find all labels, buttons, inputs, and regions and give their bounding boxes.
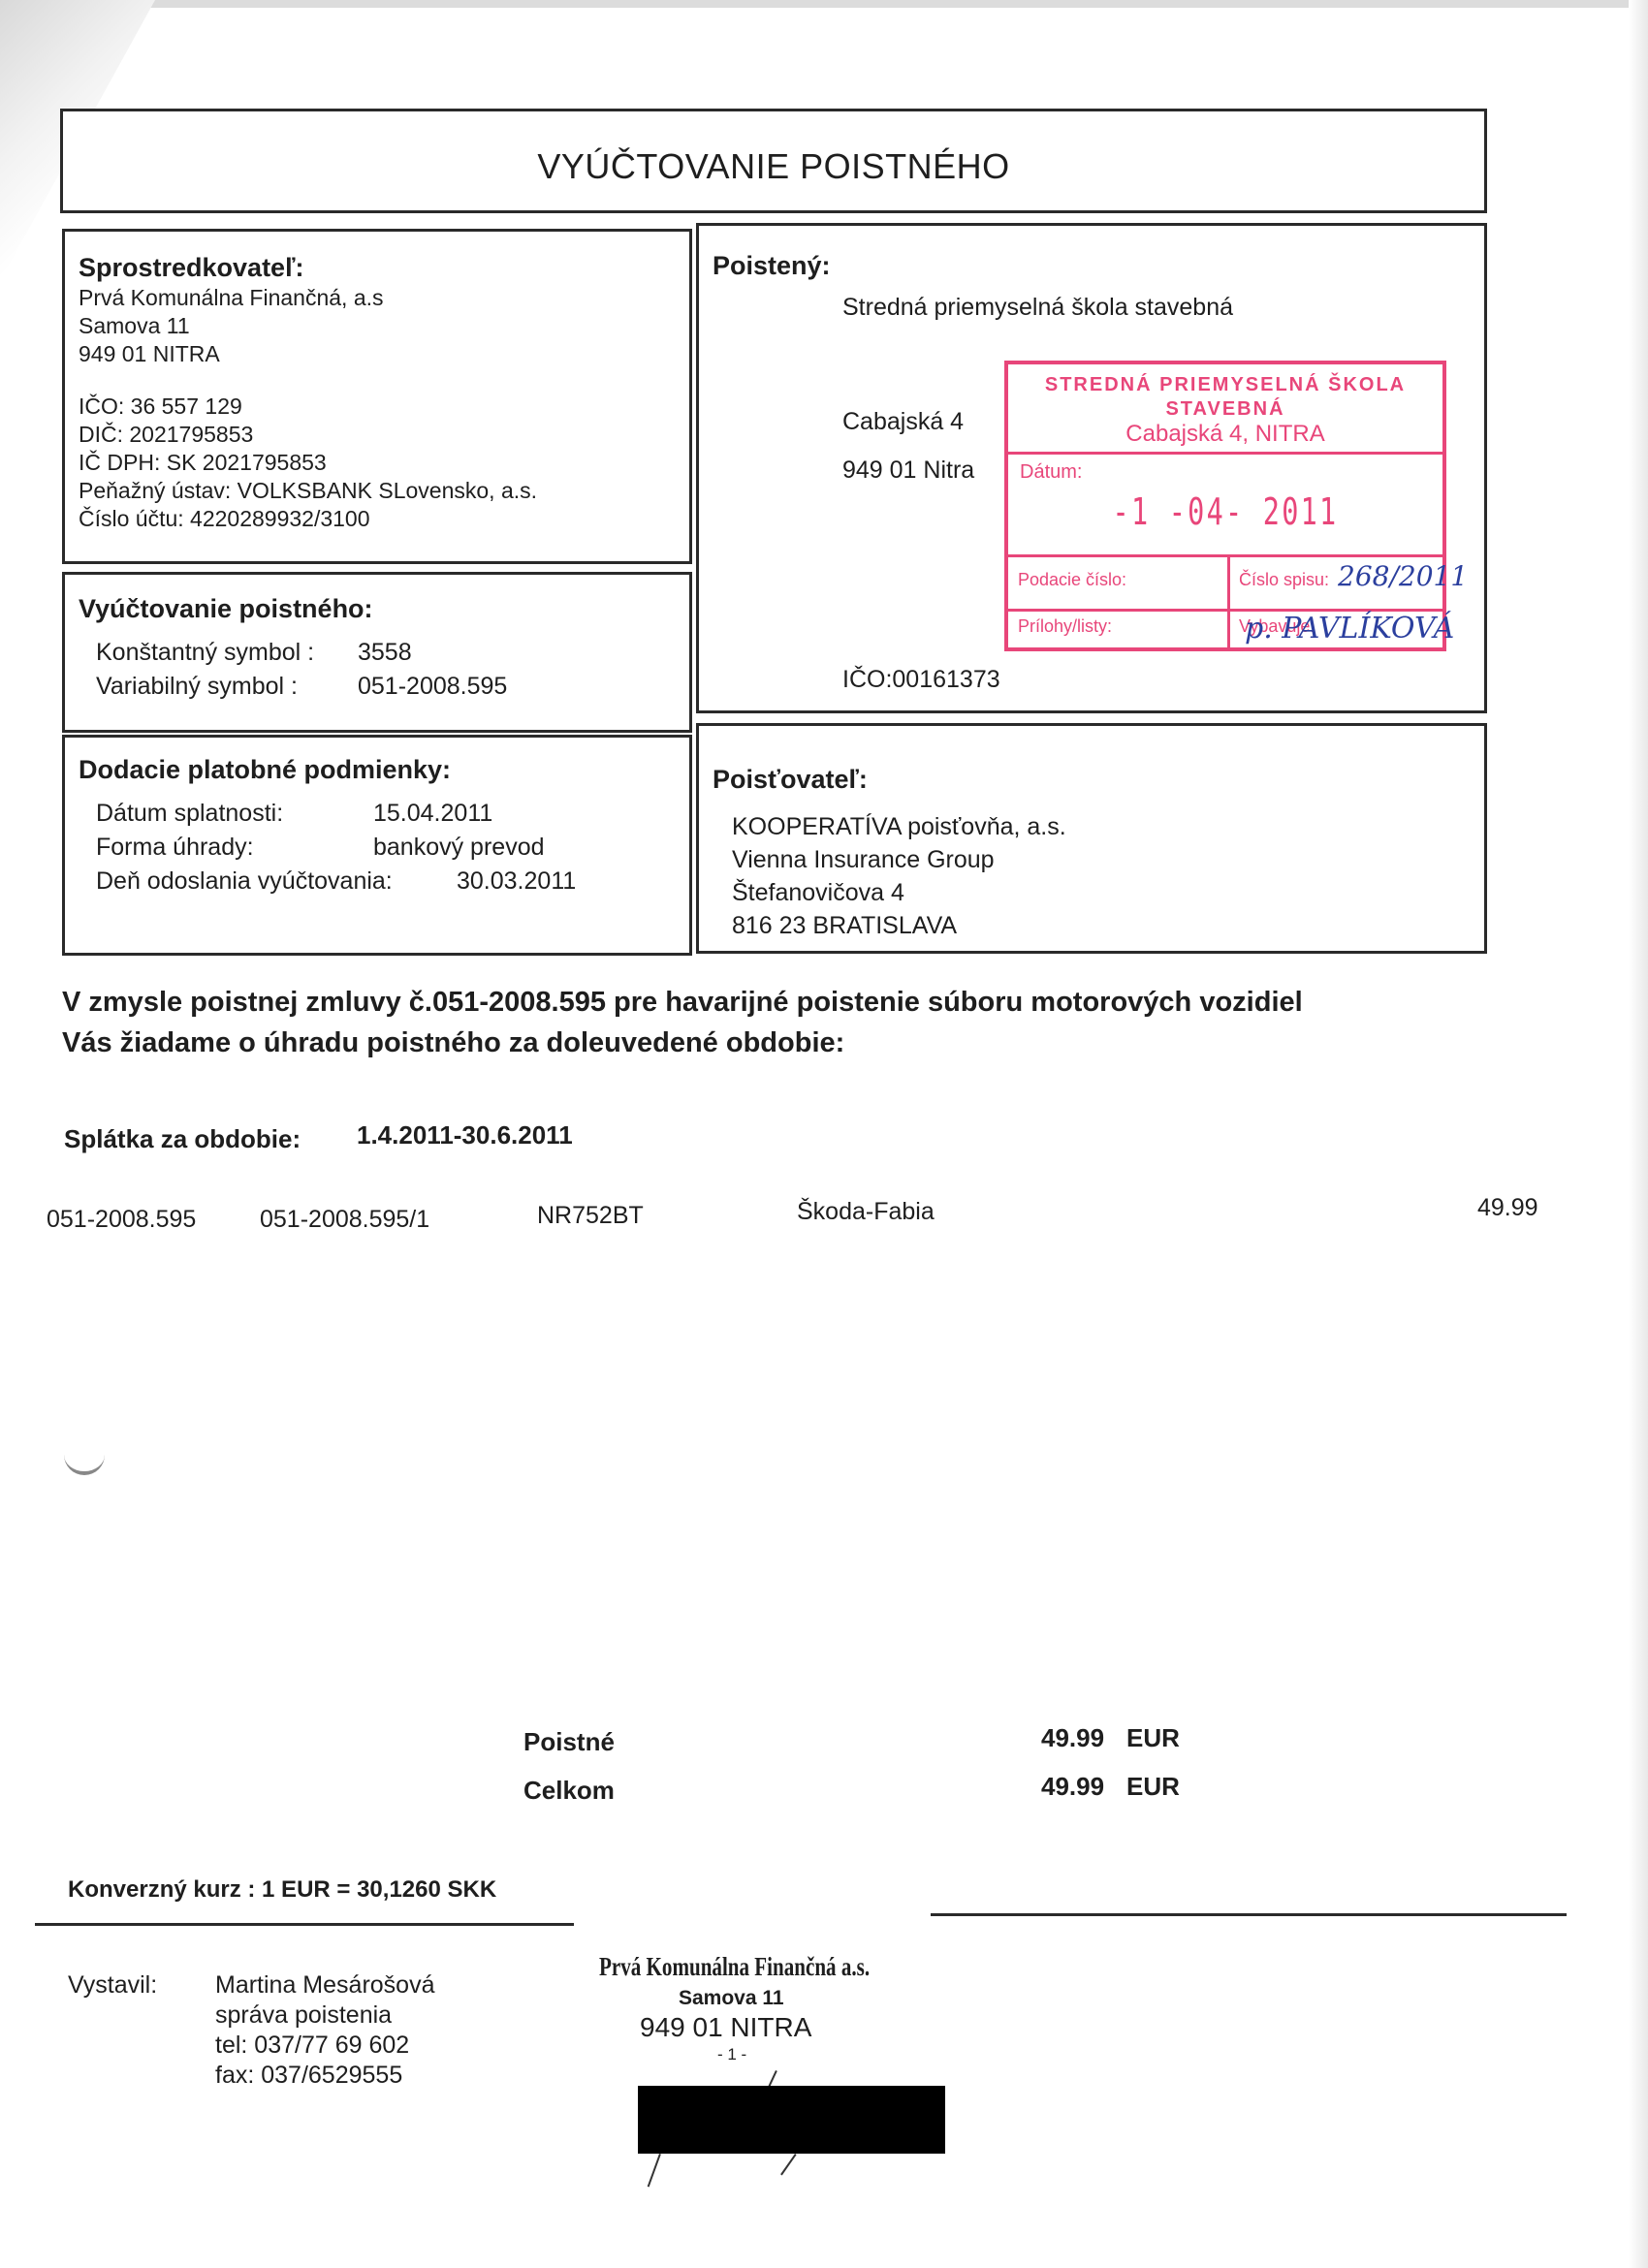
issuer-phone: tel: 037/77 69 602 (215, 2032, 409, 2060)
grand-total-currency: EUR (1126, 1772, 1180, 1802)
registry-stamp: STREDNÁ PRIEMYSELNÁ ŠKOLA STAVEBNÁ Cabaj… (1004, 361, 1446, 651)
due-date-label: Dátum splatnosti: (96, 800, 283, 828)
issuer-fax: fax: 037/6529555 (215, 2062, 402, 2090)
intermediary-street: Samova 11 (79, 313, 190, 339)
billing-heading: Vyúčtovanie poistného: (79, 594, 373, 624)
stamp-divider (1008, 554, 1442, 557)
item-subcontract: 051-2008.595/1 (260, 1206, 429, 1234)
insurer-group: Vienna Insurance Group (732, 846, 995, 874)
insured-heading: Poistený: (713, 251, 831, 281)
redacted-signature (638, 2086, 945, 2154)
intermediary-bank: Peňažný ústav: VOLKSBANK SLovensko, a.s. (79, 478, 537, 504)
insurer-city: 816 23 BRATISLAVA (732, 912, 957, 940)
intermediary-account: Číslo účtu: 4220289932/3100 (79, 506, 370, 532)
stamp-date-value: -1 -04- 2011 (1062, 490, 1388, 533)
intermediary-icdph: IČ DPH: SK 2021795853 (79, 450, 327, 476)
variable-symbol-value: 051-2008.595 (358, 673, 507, 701)
grand-total-label: Celkom (523, 1776, 615, 1806)
intro-line-1: V zmysle poistnej zmluvy č.051-2008.595 … (62, 987, 1303, 1019)
company-stamp-city: 949 01 NITRA (640, 2012, 811, 2043)
intermediary-box: Sprostredkovateľ: Prvá Komunálna Finančn… (62, 229, 692, 564)
insured-city: 949 01 Nitra (842, 457, 974, 485)
constant-symbol-value: 3558 (358, 639, 412, 667)
stamp-org-line3: Cabajská 4, NITRA (1008, 421, 1442, 448)
page-number: - 1 - (717, 2045, 746, 2064)
signature-stroke (648, 2154, 661, 2188)
stamp-org-line1: STREDNÁ PRIEMYSELNÁ ŠKOLA (1008, 374, 1442, 396)
stamp-spis-value: 268/2011 (1338, 560, 1468, 592)
grand-total-amount: 49.99 (1041, 1772, 1104, 1802)
insurer-name: KOOPERATÍVA poisťovňa, a.s. (732, 813, 1066, 841)
insurer-street: Štefanovičova 4 (732, 879, 904, 907)
item-vehicle: Škoda-Fabia (797, 1198, 935, 1226)
stamp-prilohy-label: Prílohy/listy: (1018, 616, 1112, 637)
total-premium-label: Poistné (523, 1727, 615, 1757)
intermediary-heading: Sprostredkovateľ: (79, 253, 303, 283)
footer-divider-left (35, 1923, 574, 1926)
intro-line-2: Vás žiadame o úhradu poistného za doleuv… (62, 1027, 844, 1059)
insurer-box: Poisťovateľ: KOOPERATÍVA poisťovňa, a.s.… (696, 723, 1487, 954)
stamp-divider (1008, 452, 1442, 455)
stamp-spis-label: Číslo spisu: (1239, 570, 1329, 590)
constant-symbol-label: Konštantný symbol : (96, 639, 314, 667)
intermediary-city: 949 01 NITRA (79, 341, 220, 367)
footer-divider-right (931, 1913, 1567, 1916)
payment-method-value: bankový prevod (373, 834, 545, 862)
insured-street: Cabajská 4 (842, 408, 964, 436)
due-date-value: 15.04.2011 (373, 800, 492, 828)
total-premium-amount: 49.99 (1041, 1723, 1104, 1753)
intermediary-ico: IČO: 36 557 129 (79, 394, 242, 420)
page-title: VYÚČTOVANIE POISTNÉHO (63, 146, 1484, 187)
sent-date-value: 30.03.2011 (457, 867, 576, 896)
stamp-org-line2: STAVEBNÁ (1008, 398, 1442, 421)
punch-hole-artifact (64, 1452, 105, 1475)
total-premium-currency: EUR (1126, 1723, 1180, 1753)
item-amount: 49.99 (1477, 1194, 1538, 1222)
payment-terms-heading: Dodacie platobné podmienky: (79, 755, 451, 785)
title-box: VYÚČTOVANIE POISTNÉHO (60, 109, 1487, 213)
company-stamp-name: Prvá Komunálna Finančná a.s. (599, 1952, 870, 1982)
sent-date-label: Deň odoslania vyúčtovania: (96, 867, 393, 896)
issuer-dept: správa poistenia (215, 2001, 392, 2030)
intermediary-dic: DIČ: 2021795853 (79, 422, 253, 448)
intermediary-name: Prvá Komunálna Finančná, a.s (79, 285, 384, 311)
variable-symbol-label: Variabilný symbol : (96, 673, 298, 701)
stamp-vybavuje-value: p. PAVLÍKOVÁ (1245, 612, 1454, 646)
period-label: Splátka za obdobie: (64, 1124, 301, 1154)
issuer-label: Vystavil: (68, 1971, 157, 2000)
scan-edge-right (1629, 0, 1648, 2268)
scan-edge-top (145, 0, 1629, 8)
issuer-name: Martina Mesárošová (215, 1971, 434, 2000)
stamp-podacie-label: Podacie číslo: (1018, 570, 1126, 590)
insured-name: Stredná priemyselná škola stavebná (842, 294, 1233, 322)
stamp-date-label: Dátum: (1020, 461, 1082, 484)
insurer-heading: Poisťovateľ: (713, 765, 868, 795)
payment-method-label: Forma úhrady: (96, 834, 254, 862)
conversion-rate: Konverzný kurz : 1 EUR = 30,1260 SKK (68, 1876, 496, 1904)
company-stamp-street: Samova 11 (679, 1987, 784, 2010)
period-value: 1.4.2011-30.6.2011 (357, 1120, 573, 1150)
item-contract: 051-2008.595 (47, 1206, 196, 1234)
billing-box: Vyúčtovanie poistného: Konštantný symbol… (62, 572, 692, 733)
insured-ico: IČO:00161373 (842, 666, 1000, 694)
signature-stroke (780, 2154, 797, 2175)
stamp-divider (1227, 554, 1230, 647)
payment-terms-box: Dodacie platobné podmienky: Dátum splatn… (62, 735, 692, 956)
item-plate: NR752BT (537, 1202, 644, 1230)
